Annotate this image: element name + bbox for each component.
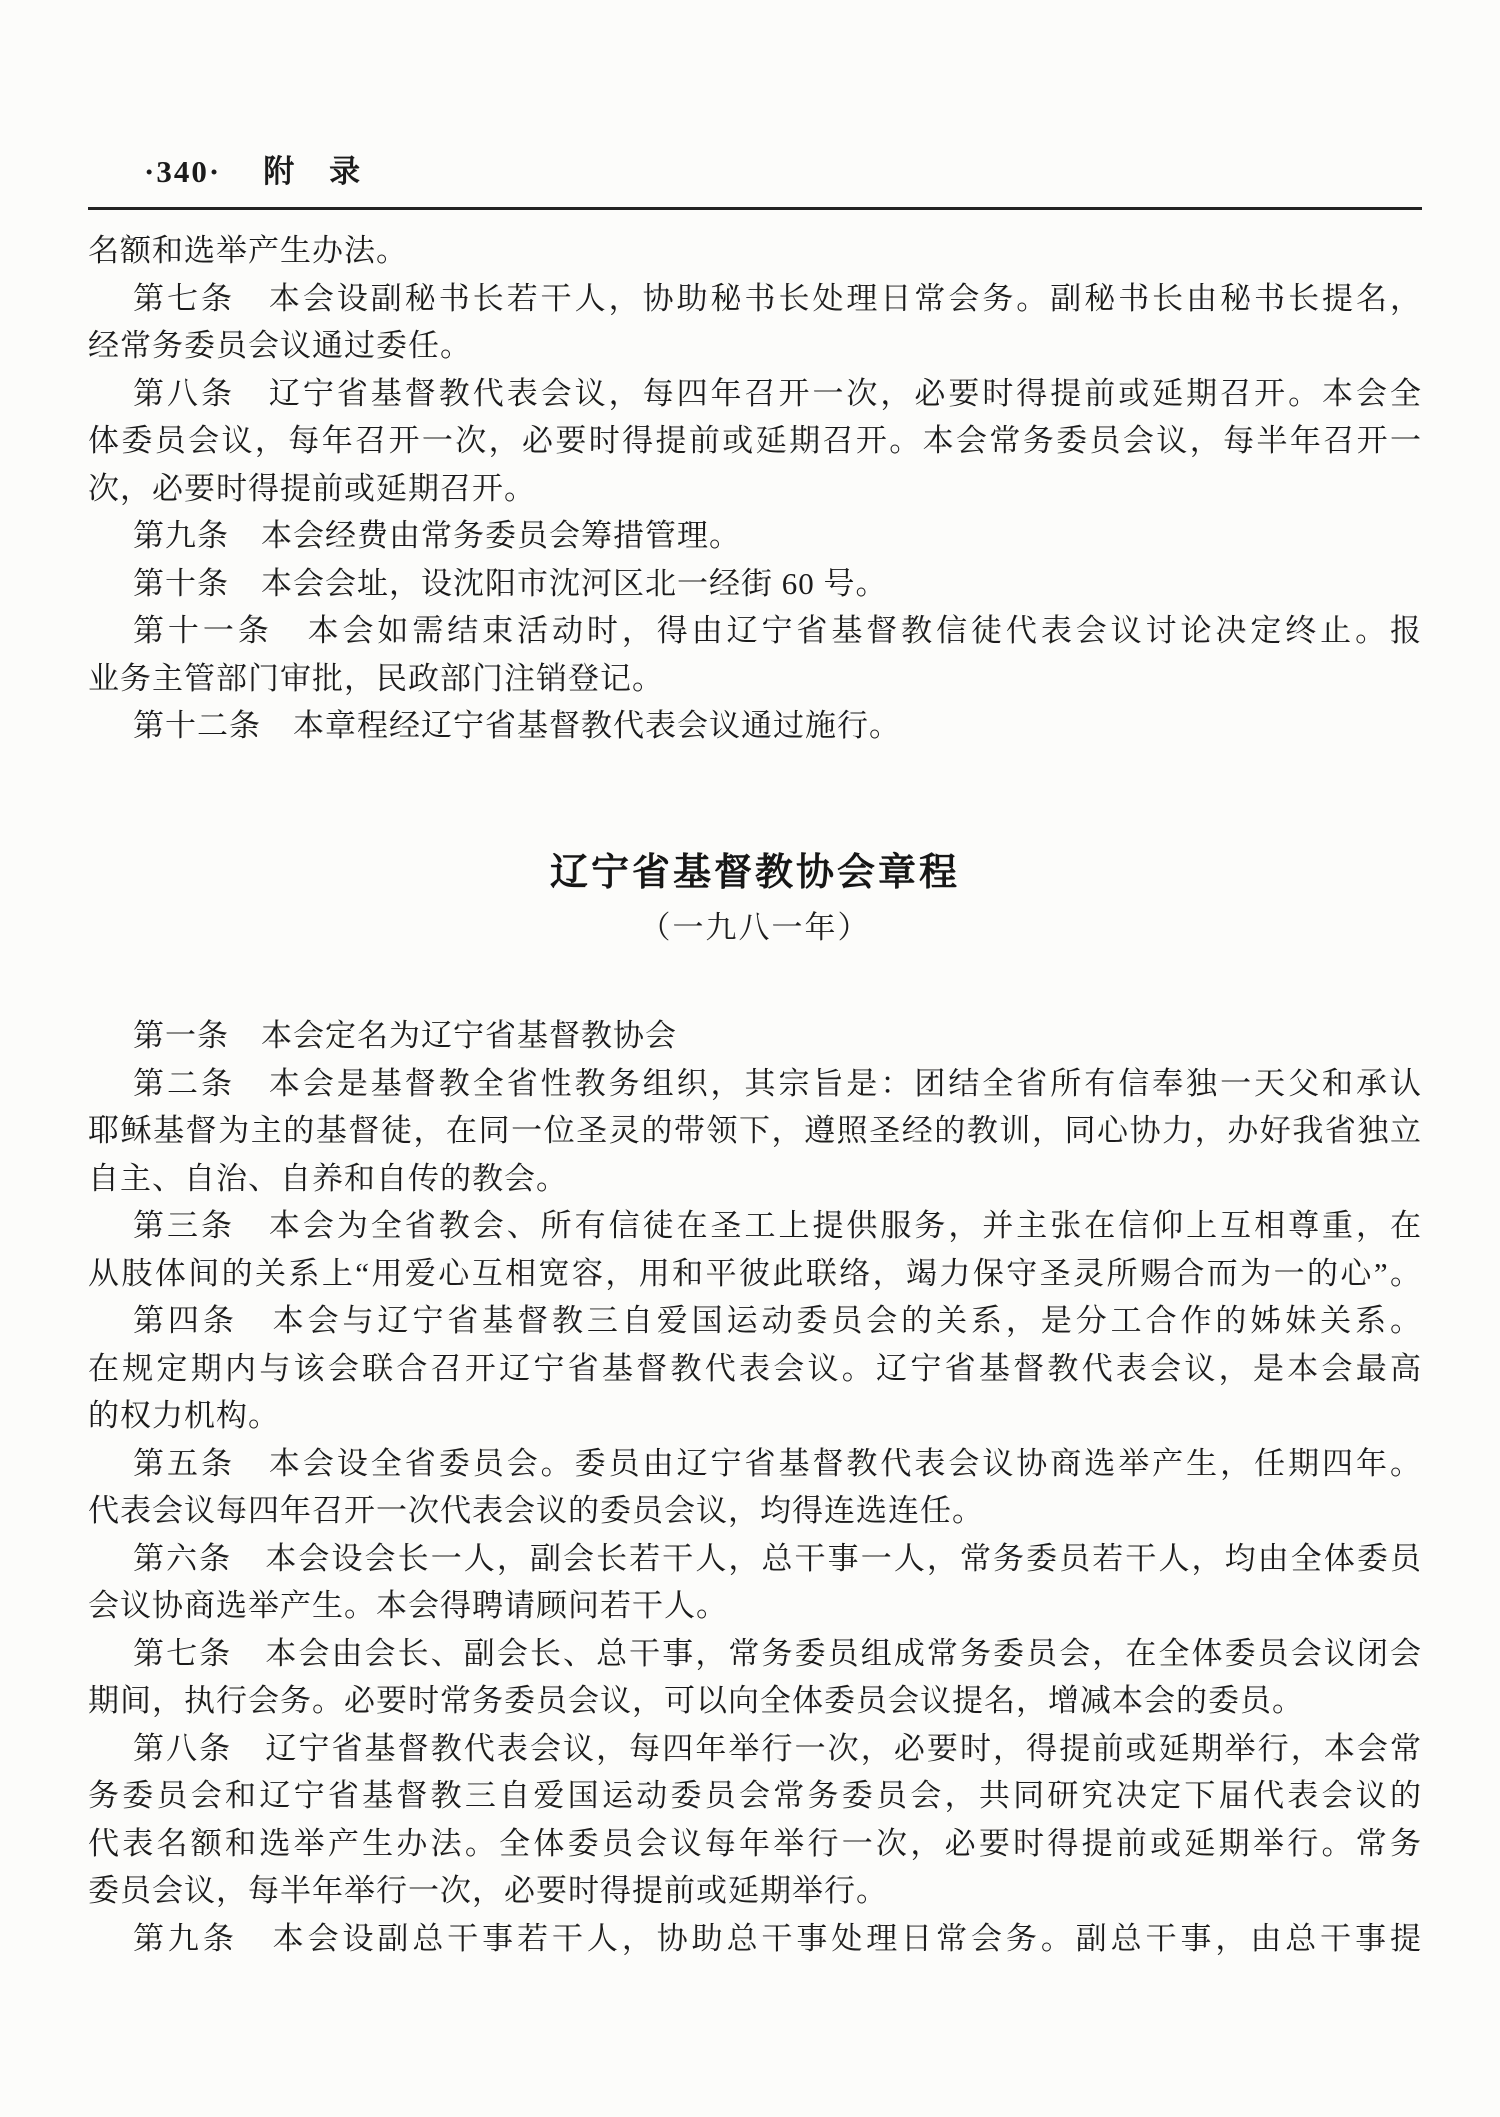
text-line: 第八条 辽宁省基督教代表会议，每四年举行一次，必要时，得提前或延期举行，本会常 (88, 1725, 1422, 1773)
text-line: 的权力机构。 (88, 1392, 1422, 1440)
scanned-book-page: ·340· 附 录 名额和选举产生办法。第七条 本会设副秘书长若干人，协助秘书长… (0, 0, 1500, 2117)
text-line: 代表名额和选举产生办法。全体委员会议每年举行一次，必要时得提前或延期举行。常务 (88, 1820, 1422, 1868)
page-number: ·340· (144, 154, 221, 190)
charter-title: 辽宁省基督教协会章程 (88, 850, 1422, 896)
text-line: 体委员会议，每年召开一次，必要时得提前或延期召开。本会常务委员会议，每半年召开一 (88, 417, 1422, 465)
text-line: 第五条 本会设全省委员会。委员由辽宁省基督教代表会议协商选举产生，任期四年。 (88, 1440, 1422, 1488)
text-line: 第十条 本会会址，设沈阳市沈河区北一经街 60 号。 (88, 560, 1422, 608)
text-line: 自主、自治、自养和自传的教会。 (88, 1155, 1422, 1203)
text-line: 第十一条 本会如需结束活动时，得由辽宁省基督教信徒代表会议讨论决定终止。报 (88, 607, 1422, 655)
text-line: 第九条 本会设副总干事若干人，协助总干事处理日常会务。副总干事，由总干事提 (88, 1915, 1422, 1963)
text-line: 务委员会和辽宁省基督教三自爱国运动委员会常务委员会，共同研究决定下届代表会议的 (88, 1772, 1422, 1820)
text-line: 名额和选举产生办法。 (88, 227, 1422, 275)
running-head-row: ·340· 附 录 (88, 146, 1422, 191)
text-line: 第九条 本会经费由常务委员会筹措管理。 (88, 512, 1422, 560)
text-line: 会议协商选举产生。本会得聘请顾问若干人。 (88, 1582, 1422, 1630)
text-line: 经常务委员会议通过委任。 (88, 322, 1422, 370)
text-line: 第二条 本会是基督教全省性教务组织，其宗旨是：团结全省所有信奉独一天父和承认 (88, 1060, 1422, 1108)
text-line: 第六条 本会设会长一人，副会长若干人，总干事一人，常务委员若干人，均由全体委员 (88, 1535, 1422, 1583)
text-line: 第八条 辽宁省基督教代表会议，每四年召开一次，必要时得提前或延期召开。本会全 (88, 370, 1422, 418)
text-line: 委员会议，每半年举行一次，必要时得提前或延期举行。 (88, 1867, 1422, 1915)
previous-charter-continuation-text: 名额和选举产生办法。第七条 本会设副秘书长若干人，协助秘书长处理日常会务。副秘书… (88, 227, 1422, 750)
text-line: 第一条 本会定名为辽宁省基督教协会 (88, 1012, 1422, 1060)
running-head: ·340· 附 录 (88, 146, 1422, 210)
text-line: 期间，执行会务。必要时常务委员会议，可以向全体委员会议提名，增减本会的委员。 (88, 1677, 1422, 1725)
text-line: 次，必要时得提前或延期召开。 (88, 465, 1422, 513)
text-line: 第七条 本会设副秘书长若干人，协助秘书长处理日常会务。副秘书长由秘书长提名， (88, 275, 1422, 323)
text-line: 耶稣基督为主的基督徒，在同一位圣灵的带领下，遵照圣经的教训，同心协力，办好我省独… (88, 1107, 1422, 1155)
charter-year-subtitle: （一九八一年） (88, 906, 1422, 950)
text-line: 第四条 本会与辽宁省基督教三自爱国运动委员会的关系，是分工合作的姊妹关系。 (88, 1297, 1422, 1345)
text-line: 从肢体间的关系上“用爱心互相宽容，用和平彼此联络，竭力保守圣灵所赐合而为一的心”… (88, 1250, 1422, 1298)
text-line: 第三条 本会为全省教会、所有信徒在圣工上提供服务，并主张在信仰上互相尊重，在 (88, 1202, 1422, 1250)
text-line: 在规定期内与该会联合召开辽宁省基督教代表会议。辽宁省基督教代表会议，是本会最高 (88, 1345, 1422, 1393)
text-line: 代表会议每四年召开一次代表会议的委员会议，均得连选连任。 (88, 1487, 1422, 1535)
section-header-label: 附 录 (263, 146, 362, 191)
charter-body-text: 第一条 本会定名为辽宁省基督教协会第二条 本会是基督教全省性教务组织，其宗旨是：… (88, 1012, 1422, 1962)
text-line: 第十二条 本章程经辽宁省基督教代表会议通过施行。 (88, 702, 1422, 750)
text-line: 第七条 本会由会长、副会长、总干事，常务委员组成常务委员会，在全体委员会议闭会 (88, 1630, 1422, 1678)
text-line: 业务主管部门审批，民政部门注销登记。 (88, 655, 1422, 703)
